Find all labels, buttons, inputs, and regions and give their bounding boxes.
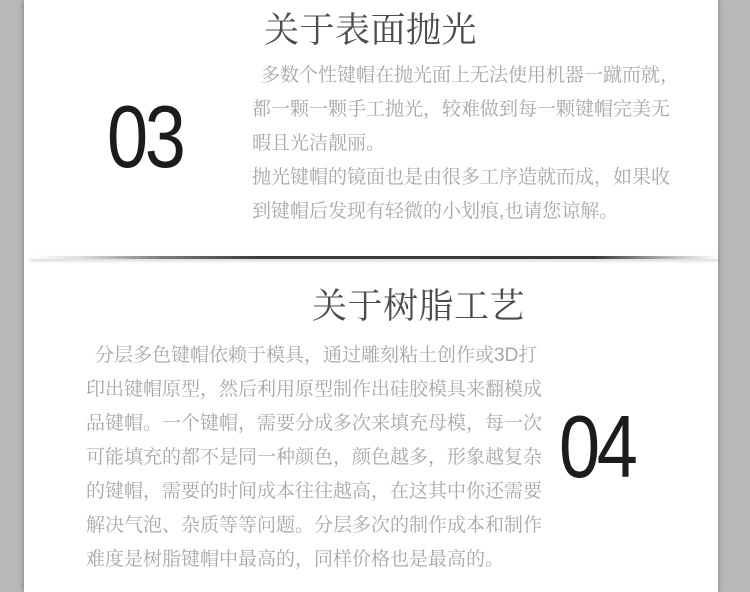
body-line: 可能填充的都不是同一种颜色，颜色越多，形象越复杂 (86, 441, 542, 475)
section-title-surface-polishing: 关于表面抛光 (264, 13, 477, 48)
content-card: 关于表面抛光 03 多数个性键帽在抛光面上无法使用机器一蹴而就， 都一颗一颗手工… (24, 0, 718, 592)
body-line: 的键帽，需要的时间成本往往越高，在这其中你还需要 (86, 475, 542, 509)
body-line: 难度是树脂键帽中最高的，同样价格也是最高的。 (86, 543, 542, 577)
body-line: 解决气泡、杂质等等问题。分层多次的制作成本和制作 (86, 509, 542, 543)
body-line: 品键帽。一个键帽，需要分成多次来填充母模，每一次 (86, 407, 542, 441)
section-number-03: 03 (107, 93, 183, 181)
body-line: 分层多色键帽依赖于模具，通过雕刻粘土创作或3D打 (86, 339, 542, 373)
section-divider-line (30, 256, 718, 259)
body-line: 印出键帽原型，然后利用原型制作出硅胶模具来翻模成 (86, 373, 542, 407)
body-line: 多数个性键帽在抛光面上无法使用机器一蹴而就， (252, 59, 679, 93)
page-background: 关于表面抛光 03 多数个性键帽在抛光面上无法使用机器一蹴而就， 都一颗一颗手工… (0, 0, 750, 592)
section-body-surface-polishing: 多数个性键帽在抛光面上无法使用机器一蹴而就， 都一颗一颗手工抛光，较难做到每一颗… (252, 59, 679, 229)
body-line: 到键帽后发现有轻微的小划痕,也请您谅解。 (252, 195, 679, 229)
body-line: 暇且光洁靓丽。 (252, 127, 679, 161)
section-body-resin-craft: 分层多色键帽依赖于模具，通过雕刻粘土创作或3D打 印出键帽原型，然后利用原型制作… (86, 339, 542, 577)
section-number-04: 04 (559, 403, 635, 491)
body-line: 抛光键帽的镜面也是由很多工序造就而成，如果收 (252, 161, 679, 195)
body-line: 都一颗一颗手工抛光，较难做到每一颗键帽完美无 (252, 93, 679, 127)
section-title-resin-craft: 关于树脂工艺 (312, 289, 525, 324)
